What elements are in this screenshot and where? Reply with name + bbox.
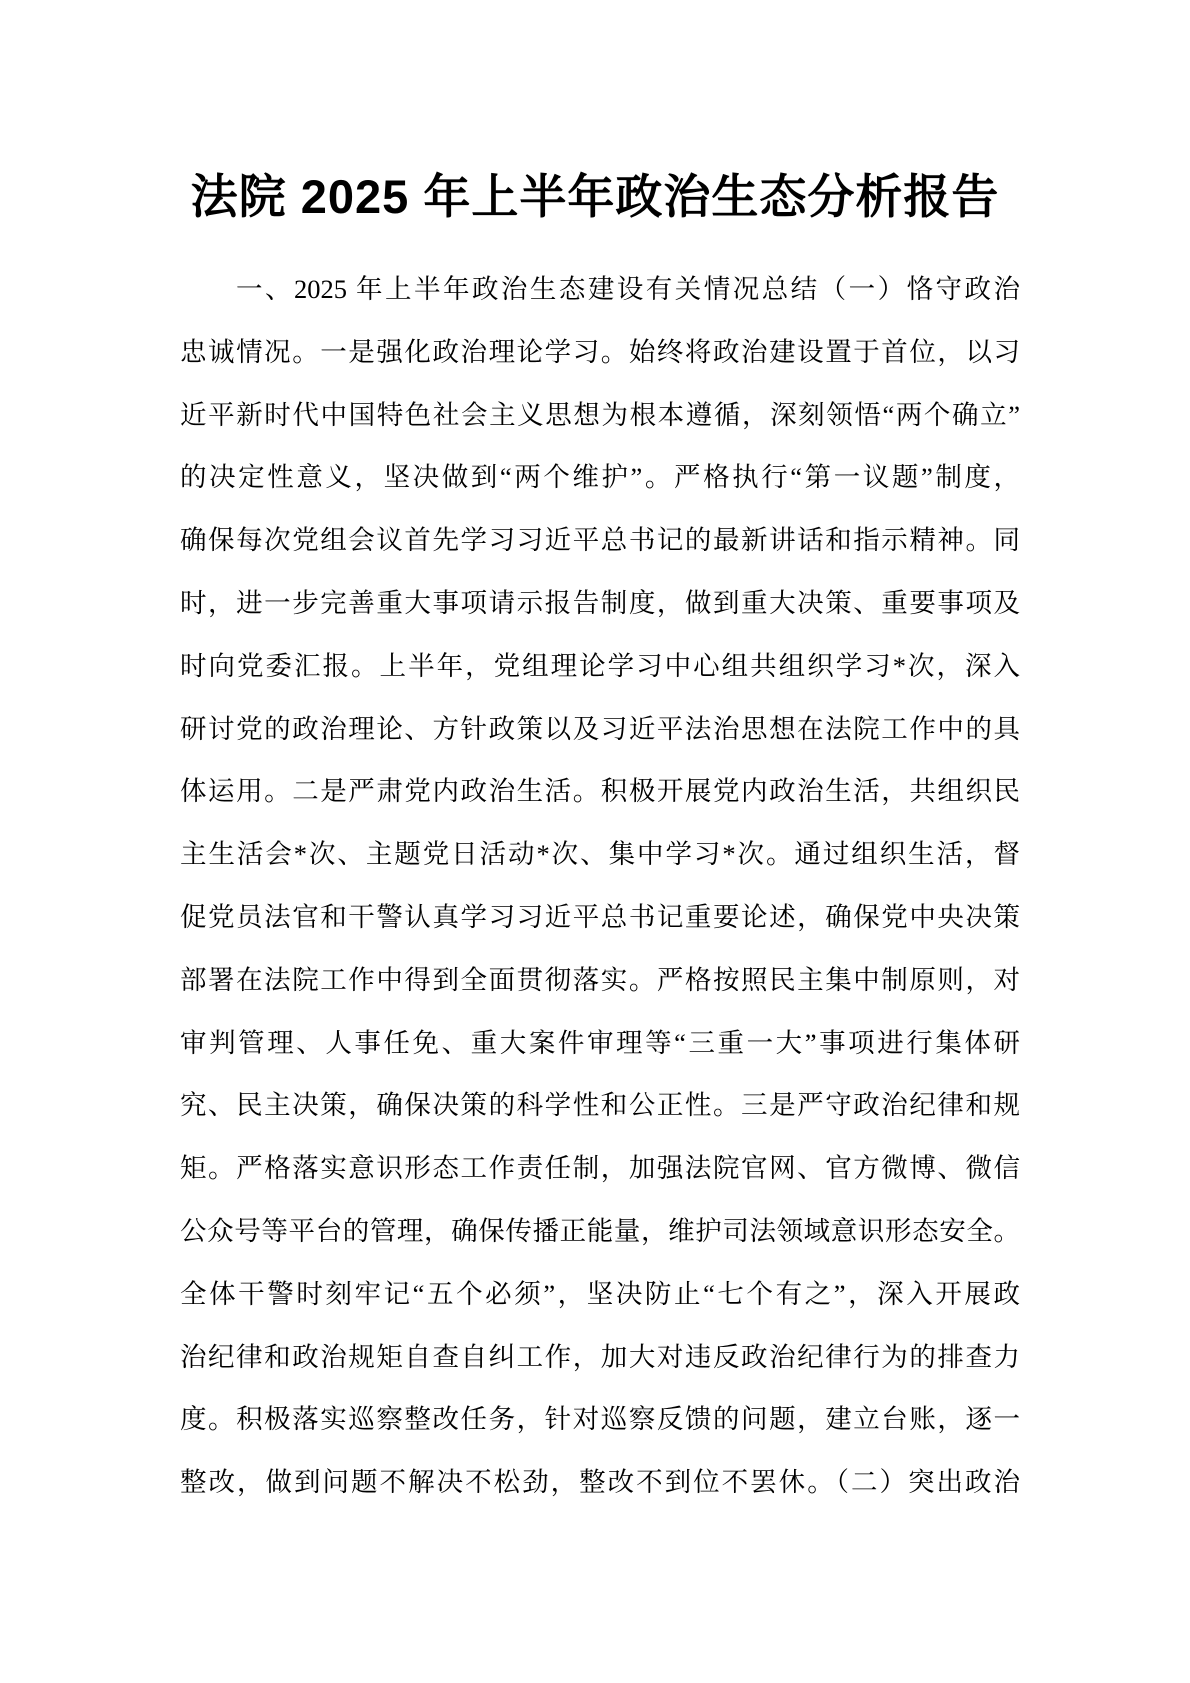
body-line: 全体干警时刻牢记“五个必须”，坚决防止“七个有之”，深入开展政 [180,1263,1020,1326]
body-line: 主生活会*次、主题党日活动*次、集中学习*次。通过组织生活，督 [180,823,1020,886]
body-line: 公众号等平台的管理，确保传播正能量，维护司法领域意识形态安全。 [180,1200,1020,1263]
document-page: 法院 2025 年上半年政治生态分析报告 一、2025 年上半年政治生态建设有关… [0,0,1190,1683]
body-line: 确保每次党组会议首先学习习近平总书记的最新讲话和指示精神。同 [180,509,1020,572]
body-line: 的决定性意义，坚决做到“两个维护”。严格执行“第一议题”制度， [180,446,1020,509]
body-line: 究、民主决策，确保决策的科学性和公正性。三是严守政治纪律和规 [180,1074,1020,1137]
body-line: 审判管理、人事任免、重大案件审理等“三重一大”事项进行集体研 [180,1012,1020,1075]
body-line: 近平新时代中国特色社会主义思想为根本遵循，深刻领悟“两个确立” [180,384,1020,447]
body-line: 一、2025 年上半年政治生态建设有关情况总结（一）恪守政治 [180,258,1020,321]
body-line: 研讨党的政治理论、方针政策以及习近平法治思想在法院工作中的具 [180,698,1020,761]
body-line: 矩。严格落实意识形态工作责任制，加强法院官网、官方微博、微信 [180,1137,1020,1200]
body-line: 部署在法院工作中得到全面贯彻落实。严格按照民主集中制原则，对 [180,949,1020,1012]
body-line: 时，进一步完善重大事项请示报告制度，做到重大决策、重要事项及 [180,572,1020,635]
body-line: 促党员法官和干警认真学习习近平总书记重要论述，确保党中央决策 [180,886,1020,949]
body-line: 时向党委汇报。上半年，党组理论学习中心组共组织学习*次，深入 [180,635,1020,698]
body-line: 整改，做到问题不解决不松劲，整改不到位不罢休。（二）突出政治 [180,1451,1020,1514]
body-line: 忠诚情况。一是强化政治理论学习。始终将政治建设置于首位，以习 [180,321,1020,384]
body-line: 治纪律和政治规矩自查自纠工作，加大对违反政治纪律行为的排查力 [180,1326,1020,1389]
document-paragraph: 一、2025 年上半年政治生态建设有关情况总结（一）恪守政治 忠诚情况。一是强化… [180,258,1020,1514]
document-title: 法院 2025 年上半年政治生态分析报告 [0,161,1190,233]
body-line: 体运用。二是严肃党内政治生活。积极开展党内政治生活，共组织民 [180,760,1020,823]
body-line: 度。积极落实巡察整改任务，针对巡察反馈的问题，建立台账，逐一 [180,1388,1020,1451]
